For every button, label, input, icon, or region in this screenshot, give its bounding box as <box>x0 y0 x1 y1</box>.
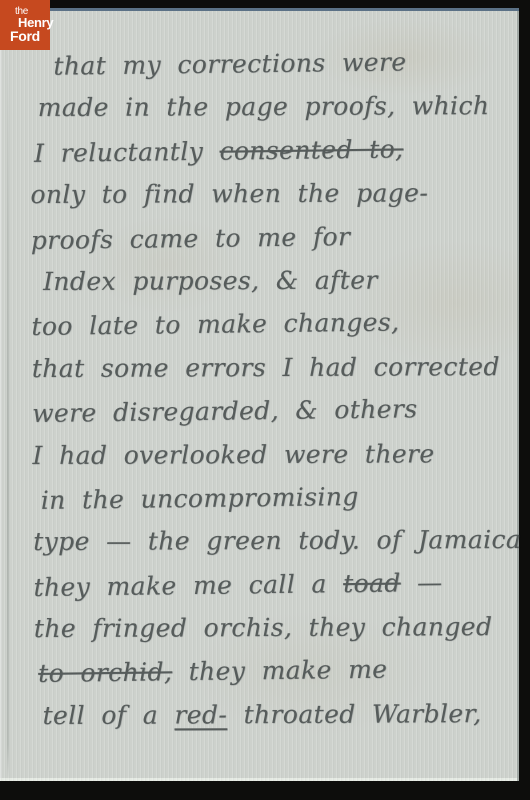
handwriting-segment: throated Warbler, <box>227 699 481 729</box>
handwriting-segment: that some errors I had corrected <box>32 352 500 383</box>
paper-fold-line <box>7 51 9 781</box>
handwriting-segment: the fringed orchis, they changed <box>34 612 493 643</box>
handwriting-line: were disregarded, & others <box>32 393 515 442</box>
handwriting-line: the fringed orchis, they changed <box>34 612 517 657</box>
handwriting-segment: made in the page proofs, which <box>38 91 490 122</box>
handwriting-line: I reluctantly consented to, <box>30 133 513 182</box>
handwriting-segment: that my corrections were <box>53 47 406 80</box>
handwriting-line: that my corrections were <box>29 46 512 95</box>
handwriting-line: I had overlooked were there <box>32 438 515 483</box>
handwriting-segment: were disregarded, & others <box>32 394 418 428</box>
handwriting-segment: consented to, <box>219 134 403 165</box>
handwriting-segment: too late to make changes, <box>31 308 399 341</box>
handwriting-segment: they make me <box>172 655 388 687</box>
handwriting-segment: Index purposes, & after <box>43 265 378 295</box>
handwriting-line: Index purposes, & after <box>31 265 514 310</box>
handwriting-line: proofs came to me for <box>31 220 514 269</box>
handwriting-segment: to orchid, <box>38 658 172 689</box>
handwriting-segment: — <box>401 568 443 598</box>
handwriting-segment: only to find when the page- <box>30 178 428 209</box>
handwriting-line: they make me call a toad — <box>33 567 516 616</box>
manuscript-lines: that my corrections weremade in the page… <box>29 47 517 745</box>
handwriting-line: in the uncompromising <box>33 480 516 529</box>
henry-ford-logo: the Henry Ford <box>0 0 50 50</box>
letter-paper: that my corrections weremade in the page… <box>0 8 519 781</box>
handwriting-segment: toad <box>343 568 401 598</box>
handwriting-line: made in the page proofs, which <box>30 91 513 136</box>
handwriting-line: too late to make changes, <box>31 306 514 355</box>
handwriting-segment: tell of a <box>42 700 174 730</box>
logo-word-ford: Ford <box>10 29 40 43</box>
handwriting-segment: I had overlooked were there <box>32 439 434 470</box>
letter-photo: that my corrections weremade in the page… <box>0 0 530 800</box>
handwriting-line: only to find when the page- <box>30 178 513 223</box>
handwriting-line: tell of a red- throated Warbler, <box>34 699 517 744</box>
handwriting-segment: I reluctantly <box>34 136 220 167</box>
handwriting-segment: red- <box>174 700 227 729</box>
handwriting-line: that some errors I had corrected <box>32 352 515 397</box>
handwriting-segment: type — the green tody. of Jamaica <box>33 525 521 556</box>
handwriting-line: type — the green tody. of Jamaica <box>33 525 516 570</box>
handwriting-line: to orchid, they make me <box>34 654 517 703</box>
handwriting-segment: proofs came to me for <box>31 222 351 255</box>
handwriting-segment: in the uncompromising <box>41 482 359 515</box>
handwriting-segment: they make me call a <box>33 569 343 602</box>
